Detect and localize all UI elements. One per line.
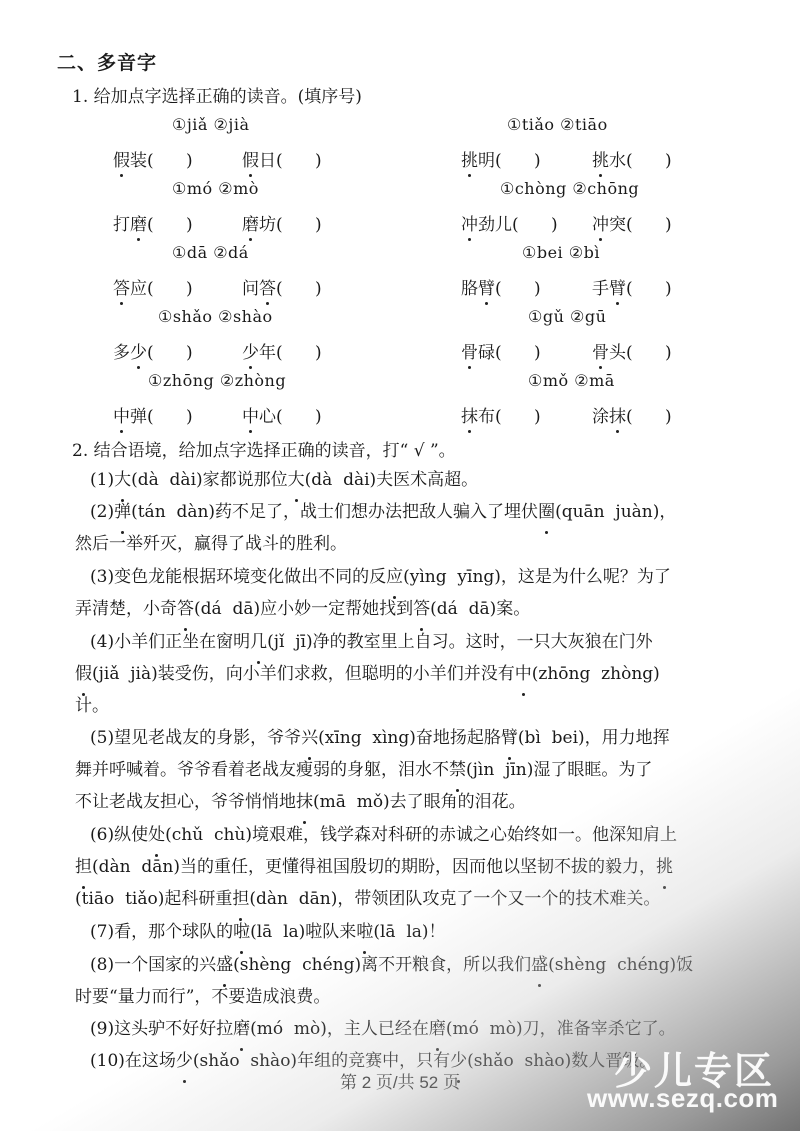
dotted-character: 担 [75, 851, 92, 883]
pinyin-options: ①tiǎo ②tiāo [507, 115, 608, 134]
item-line: 弄清楚，小奇答(dá dā)应小妙一定帮她找到答(dá dā)案。 [75, 593, 730, 625]
dotted-character: 大 [288, 464, 305, 496]
item-line: (2)弹(tán dàn)药不足了，战士们想办法把敌人骗入了埋伏圈(quān j… [90, 496, 730, 528]
item-line: 舞并呼喊着。爷爷看着老战友瘦弱的身躯，泪水不禁(jìn jīn)湿了眼眶。为了 [75, 754, 730, 786]
dotted-character: 担 [232, 883, 249, 915]
dotted-character: 挑 [461, 146, 478, 171]
item-line: 假(jiǎ jià)装受伤，向小羊们求救，但聪明的小羊们并没有中(zhōng z… [75, 658, 730, 690]
dotted-character: 少 [242, 338, 259, 363]
fill-in-word[interactable]: 挑水( ) [592, 146, 672, 171]
watermark-url: www.sezq.com [587, 1083, 778, 1114]
item-line: (8)一个国家的兴盛(shèng chéng)离不开粮食，所以我们盛(shèng… [90, 949, 730, 981]
item-line: 不让老战友担心，爷爷悄悄地抹(mā mǒ)去了眼角的泪花。 [75, 786, 730, 818]
fill-in-word[interactable]: 中心( ) [242, 402, 322, 427]
pinyin-options: ①shǎo ②shào [158, 307, 273, 326]
dotted-character: 答 [259, 274, 276, 299]
pinyin-options: ①zhōng ②zhòng [148, 371, 286, 390]
pinyin-options: ①chòng ②chōng [500, 179, 639, 198]
dotted-character: 臂 [478, 274, 495, 299]
dotted-character: 磨 [130, 210, 147, 235]
fill-in-word[interactable]: 骨头( ) [592, 338, 672, 363]
fill-in-word[interactable]: 假装( ) [113, 146, 193, 171]
item-line: 时要“量力而行”，不要造成浪费。 [75, 981, 730, 1013]
dotted-character: 答 [413, 593, 430, 625]
fill-in-word[interactable]: 多少( ) [113, 338, 193, 363]
question-item: (2)弹(tán dàn)药不足了，战士们想办法把敌人骗入了埋伏圈(quān j… [90, 496, 730, 560]
dotted-character: 假 [113, 146, 130, 171]
dotted-character: 中 [515, 658, 532, 690]
item-line: (7)看，那个球队的啦(lā la)啦队来啦(lā la)！ [90, 916, 730, 948]
item-line: (4)小羊们正坐在窗明几(jǐ jī)净的教室里上自习。这时，一只大灰狼在门外 [90, 626, 730, 658]
item-line: 担(dàn dān)当的重任，更懂得祖国殷切的期盼，因而他以坚韧不拔的毅力，挑 [75, 851, 730, 883]
question-item: (3)变色龙能根据环境变化做出不同的反应(yìng yīng)，这是为什么呢？为… [90, 561, 730, 625]
question-item: (6)纵使处(chǔ chù)境艰难，钱学森对科研的赤诚之心始终如一。他深知肩上… [90, 819, 730, 915]
dotted-character: 磨 [242, 210, 259, 235]
item-line: (6)纵使处(chǔ chù)境艰难，钱学森对科研的赤诚之心始终如一。他深知肩上 [90, 819, 730, 851]
pinyin-options: ①gǔ ②gū [528, 307, 606, 326]
dotted-character: 挑 [592, 146, 609, 171]
dotted-character: 假 [75, 658, 92, 690]
section-heading: 二、多音字 [57, 48, 157, 75]
dotted-character: 少 [130, 338, 147, 363]
dotted-character: 假 [242, 146, 259, 171]
dotted-character: 应 [386, 561, 403, 593]
dotted-character: 冲 [461, 210, 478, 235]
fill-in-word[interactable]: 涂抹( ) [592, 402, 672, 427]
dotted-character: 答 [113, 274, 130, 299]
question-item: (7)看，那个球队的啦(lā la)啦队来啦(lā la)！ [90, 916, 730, 948]
dotted-character: 抹 [461, 402, 478, 427]
dotted-character: 中 [242, 402, 259, 427]
dotted-character: 大 [114, 464, 131, 496]
item-line: (3)变色龙能根据环境变化做出不同的反应(yìng yīng)，这是为什么呢？为… [90, 561, 730, 593]
dotted-character: 盛 [531, 949, 548, 981]
dotted-character: 挑 [656, 851, 673, 883]
dotted-character: 啦 [356, 916, 373, 948]
item-line: (1)大(dà dài)家都说那位大(dà dài)夫医术高超。 [90, 464, 730, 496]
pinyin-options: ①mó ②mò [172, 179, 259, 198]
fill-in-word[interactable]: 抹布( ) [461, 402, 541, 427]
dotted-character: 冲 [592, 210, 609, 235]
item-line: (tiāo tiǎo)起科研重担(dàn dān)，带领团队攻克了一个又一个的技… [75, 883, 730, 915]
pinyin-options: ①mǒ ②mā [528, 371, 615, 390]
dotted-character: 抹 [609, 402, 626, 427]
dotted-character: 圈 [538, 496, 555, 528]
dotted-character: 兴 [301, 722, 318, 754]
dotted-character: 磨 [233, 1013, 250, 1045]
dotted-character: 骨 [592, 338, 609, 363]
fill-in-word[interactable]: 冲劲儿( ) [461, 210, 558, 235]
fill-in-word[interactable]: 中弹( ) [113, 402, 193, 427]
fill-in-word[interactable]: 答应( ) [113, 274, 193, 299]
dotted-character: 处 [148, 819, 165, 851]
dotted-character: 中 [113, 402, 130, 427]
fill-in-word[interactable]: 胳臂( ) [461, 274, 541, 299]
dotted-character: 骨 [461, 338, 478, 363]
pinyin-options: ①bei ②bì [522, 243, 600, 262]
fill-in-word[interactable]: 挑明( ) [461, 146, 541, 171]
fill-in-word[interactable]: 骨碌( ) [461, 338, 541, 363]
document-page: 二、多音字 1. 给加点字选择正确的读音。(填序号) ①jiǎ ②jià假装( … [0, 0, 800, 1131]
dotted-character: 答 [177, 593, 194, 625]
fill-in-word[interactable]: 打磨( ) [113, 210, 193, 235]
dotted-character: 臂 [501, 722, 518, 754]
dotted-character: 几 [250, 626, 267, 658]
question-item: (1)大(dà dài)家都说那位大(dà dài)夫医术高超。 [90, 464, 730, 496]
question-item: (4)小羊们正坐在窗明几(jǐ jī)净的教室里上自习。这时，一只大灰狼在门外假… [90, 626, 730, 722]
fill-in-word[interactable]: 磨坊( ) [242, 210, 322, 235]
dotted-character: 啦 [233, 916, 250, 948]
fill-in-word[interactable]: 少年( ) [242, 338, 322, 363]
dotted-character: 弹 [114, 496, 131, 528]
dotted-character: 禁 [449, 754, 466, 786]
item-line: 然后一举歼灭，赢得了战斗的胜利。 [75, 528, 730, 560]
dotted-character: 臂 [609, 274, 626, 299]
item-line: 计。 [75, 690, 730, 722]
dotted-character: 盛 [216, 949, 233, 981]
item-line: (5)望见老战友的身影，爷爷兴(xīng xìng)奋地扬起胳臂(bì bei)… [90, 722, 730, 754]
question-item: (8)一个国家的兴盛(shèng chéng)离不开粮食，所以我们盛(shèng… [90, 949, 730, 1013]
question-1-title: 1. 给加点字选择正确的读音。(填序号) [72, 82, 362, 107]
pinyin-options: ①jiǎ ②jià [172, 115, 250, 134]
fill-in-word[interactable]: 手臂( ) [592, 274, 672, 299]
fill-in-word[interactable]: 问答( ) [242, 274, 322, 299]
dotted-character: 磨 [429, 1013, 446, 1045]
dotted-character: 抹 [296, 786, 313, 818]
question-2-title: 2. 结合语境，给加点字选择正确的读音，打“ √ ”。 [72, 436, 456, 461]
question-item: (5)望见老战友的身影，爷爷兴(xīng xìng)奋地扬起胳臂(bì bei)… [90, 722, 730, 818]
fill-in-word[interactable]: 假日( ) [242, 146, 322, 171]
pinyin-options: ①dā ②dá [172, 243, 249, 262]
fill-in-word[interactable]: 冲突( ) [592, 210, 672, 235]
